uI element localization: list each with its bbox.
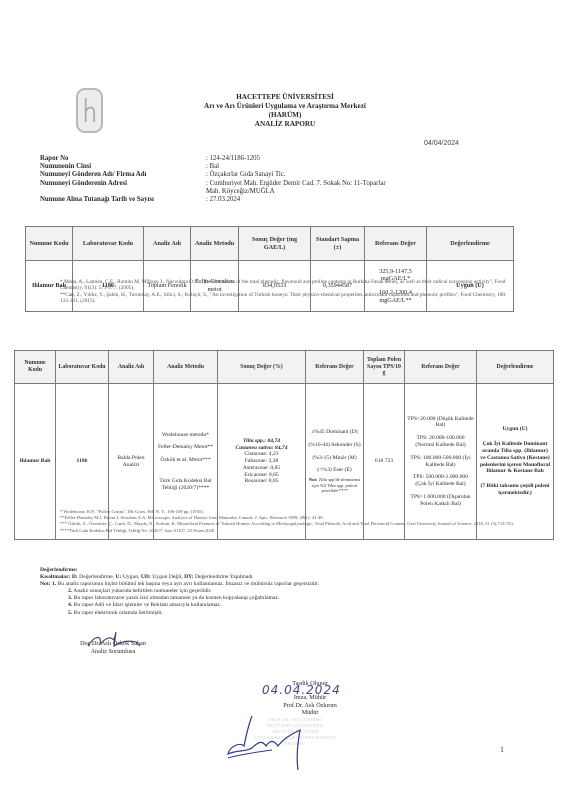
meta-label: Numuneyi Gönderen Adı/ Firma Adı	[40, 171, 206, 179]
meta-label: Numune Alma Tutanağı Tarih ve Sayısı	[40, 196, 206, 204]
table-header-row: Numune Kodu Laboratuvar Kodu Analiz Adı …	[15, 351, 554, 384]
meta-value: : Cumhuriyet Mah. Ergüder Demir Cad. 7. …	[206, 180, 520, 188]
col-header: Sonuç Değer (mg GAE/L)	[239, 227, 311, 261]
table-header-row: Numune Kodu Laboratuvar Kodu Analiz Adı …	[26, 227, 514, 261]
col-header: Standart Sapma (±)	[311, 227, 365, 261]
col-header: Laboratuvar Kodu	[73, 227, 144, 261]
report-title: ANALİZ RAPORU	[150, 120, 420, 129]
meta-row-report-no: Rapor No : 124-24/1186-1205	[40, 155, 520, 163]
result-item: Cistaceae: 4,23	[220, 451, 303, 458]
director-name: Prof.Dr. Aslı Özkırım	[260, 702, 360, 709]
analyst-role: Analiz Sorumlusu	[58, 648, 168, 656]
center-name: Arı ve Arı Ürünleri Uygulama ve Araştırm…	[150, 102, 420, 111]
meta-value: : 27.03.2024	[206, 196, 520, 204]
col-header: Numune Kodu	[15, 351, 56, 384]
report-meta: Rapor No : 124-24/1186-1205 Numunenin Ci…	[40, 155, 520, 204]
col-header: Referans Değer	[405, 351, 477, 384]
col-header: Sonuç Değer (%)	[218, 351, 306, 384]
col-header: Numune Kodu	[26, 227, 73, 261]
col-header: Analiz Adı	[144, 227, 191, 261]
tps-reference: TPS<20.000 (Düşük Kalitede Bal)	[407, 416, 474, 430]
result-highlight: Castanea sativa: 84,74	[220, 445, 303, 452]
result-item: Ericaceae: 0,85	[220, 472, 303, 479]
method-item: Wodehouse metodu*	[156, 432, 215, 439]
reference-note: * Meda, A., Lamien, C.E., Romito M, Mill…	[60, 279, 510, 292]
evaluation-taxa: (7 Bitki taksonu çeşidi poleni içermekte…	[479, 483, 551, 497]
page-number: 1	[500, 745, 504, 754]
tps-reference: TPS>1.000.000 (Dışarıdan Polen Katkılı B…	[407, 494, 474, 508]
note-item: Not: 1. Bu analiz raporunun hiçbir bölüm…	[40, 581, 540, 588]
meta-label: Numunenin Cinsi	[40, 163, 206, 171]
meta-value: : 124-24/1186-1205	[206, 155, 520, 163]
evaluation-section: Değerlendirme: Kısaltmalar: D: Değerlend…	[40, 567, 540, 617]
col-header: Referans Değer	[306, 351, 364, 384]
col-header: Laboratuvar Kodu	[56, 351, 109, 384]
result-item: Rosaceae: 0,85	[220, 478, 303, 485]
note-item: 5. Bu rapor elektronik ortamda iletilmiş…	[68, 610, 540, 617]
center-abbrev: (HARÜM)	[150, 111, 420, 120]
col-header: Analiz Metodu	[191, 227, 239, 261]
note-item: 4. Bu rapor Adli ve İdari işlemler ve Re…	[68, 602, 540, 609]
reference-note: Not: Tilia spp'de dominansi için %5 Tili…	[308, 477, 361, 494]
meta-value: : Özçakırlar Gıda Sanayi Tic.	[206, 171, 520, 179]
table1-references: * Meda, A., Lamien, C.E., Romito M, Mill…	[60, 279, 510, 304]
official-stamp: PROF. DR. ASLI ÖZKIRIM HACETTEPE ÜNİVERS…	[235, 717, 355, 747]
hacettepe-logo-icon	[78, 90, 101, 131]
report-date: 04/04/2024	[424, 140, 459, 147]
evaluation-result: Uygun (U)	[479, 426, 551, 433]
analyst-name: Doç.Dr. Aslı Özkök Saban	[58, 640, 168, 648]
evaluation-detail: Çok İyi Kalitede Dominant oranda Tilia s…	[479, 441, 551, 475]
method-item: Özkök et al. Metot***	[156, 457, 215, 464]
col-header: Toplam Polen Sayısı TPS/10 g	[364, 351, 405, 384]
analyst-signature-block: Doç.Dr. Aslı Özkök Saban Analiz Sorumlus…	[58, 640, 168, 655]
meta-row-address: Numuneyi Gönderenin Adresi : Cumhuriyet …	[40, 180, 520, 188]
handwritten-date: 04.04.2024	[262, 683, 341, 697]
reference-class: ≥%45 Dominant (D)	[308, 429, 361, 436]
result-item: Asteraceae: 0,85	[220, 465, 303, 472]
reference-class: (%3-15) Minör (M)	[308, 455, 361, 462]
tps-reference: TPS: 500.000-1.000.000 (Çok İyi Kalitede…	[407, 474, 474, 488]
meta-row-sampling-record: Numune Alma Tutanağı Tarih ve Sayısı : 2…	[40, 196, 520, 204]
tps-reference: TPS: 20.000-100.000 (Normal Kalitede Bal…	[407, 435, 474, 449]
director-role: Müdür	[260, 709, 360, 716]
meta-value: Mah. Köyceğiz/MUĞLA	[206, 188, 520, 196]
document-header: HACETTEPE ÜNİVERSİTESİ Arı ve Arı Ürünle…	[150, 93, 420, 129]
col-header: Analiz Adı	[109, 351, 154, 384]
reference-class: (<%3) Eser (E)	[308, 467, 361, 474]
meta-row-address-cont: Mah. Köyceğiz/MUĞLA	[40, 188, 520, 196]
reference-note: ****Türk Gıda Kodeksi Bal Tebliği, Tebli…	[60, 528, 540, 534]
university-logo	[76, 88, 103, 133]
meta-label: Numuneyi Gönderenin Adresi	[40, 180, 206, 188]
reference-note: **Can, Z., Yıldız, Y., Şahin, H., Turumt…	[60, 292, 510, 305]
result-highlight: Tilia spp.: 84,74	[220, 438, 303, 445]
method-item: Feller-Demalsy Metot**	[156, 444, 215, 451]
meta-row-sender: Numuneyi Gönderen Adı/ Firma Adı : Özçak…	[40, 171, 520, 179]
meta-label: Rapor No	[40, 155, 206, 163]
tps-reference: TPS: 100.000-500.000 (İyi Kalitede Bal)	[407, 455, 474, 469]
meta-value: : Bal	[206, 163, 520, 171]
notes-list: Not: 1. Bu analiz raporunun hiçbir bölüm…	[40, 581, 540, 616]
university-name: HACETTEPE ÜNİVERSİTESİ	[150, 93, 420, 102]
reference-class: (%16-44) Sekonder (S)	[308, 442, 361, 449]
method-item: Türk Gıda Kodeksi Bal Tebliği (2020/7)**…	[156, 478, 215, 492]
col-header: Referans Değer	[365, 227, 427, 261]
sample-code: Ihlamur Balı	[15, 384, 56, 540]
result-item: Fabaceae: 3,38	[220, 458, 303, 465]
table2-references: * Wodehouse, R.P., "Pollen Grains", Mc G…	[60, 509, 540, 534]
reference-note: *** Özkök, A., Özenirler, Ç., Canlı, D.,…	[60, 521, 540, 527]
col-header: Değerlendirme	[477, 351, 554, 384]
meta-row-sample-type: Numunenin Cinsi : Bal	[40, 163, 520, 171]
col-header: Değerlendirme	[427, 227, 514, 261]
col-header: Analiz Metodu	[154, 351, 218, 384]
